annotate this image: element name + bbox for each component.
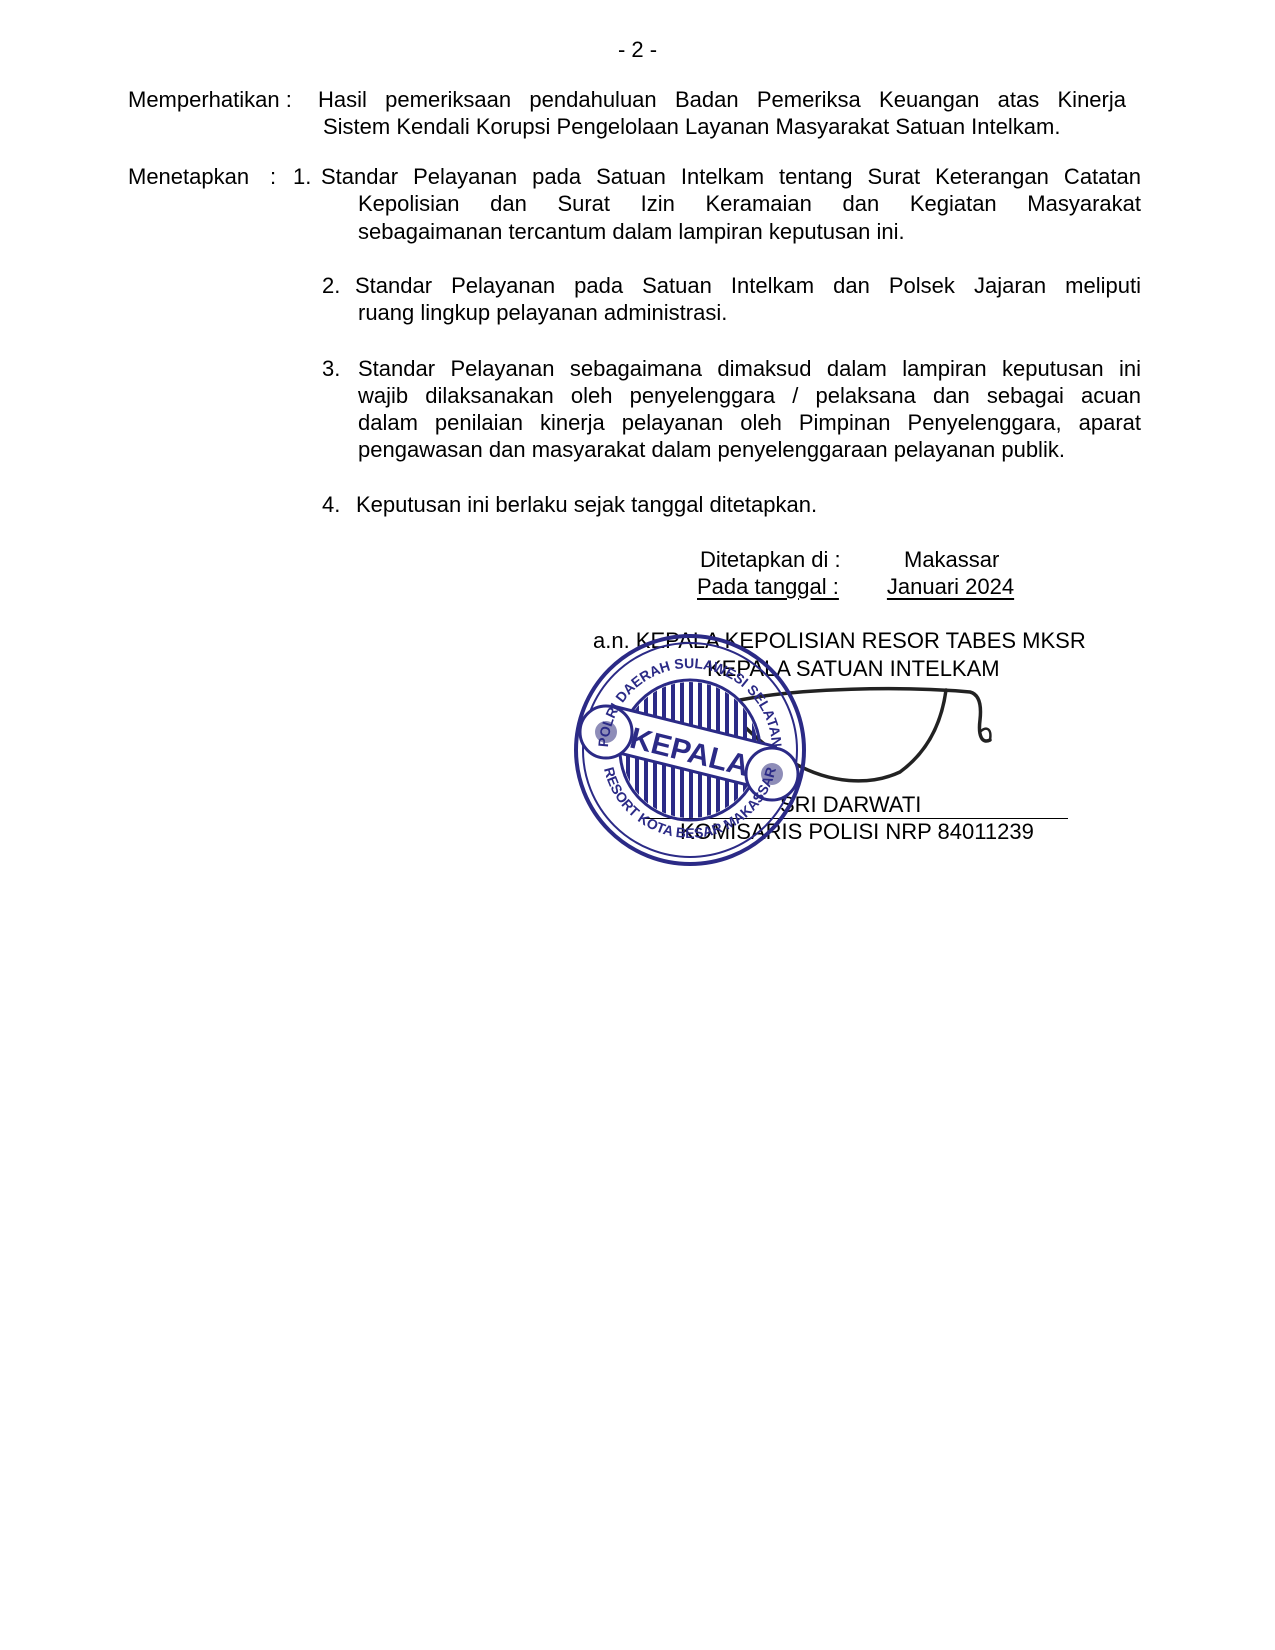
menetapkan-label: Menetapkan [128, 163, 249, 190]
page-number: - 2 - [0, 36, 1275, 63]
item-1-number: 1. [293, 163, 311, 190]
item-1-line-3: sebagaimanan tercantum dalam lampiran ke… [358, 218, 905, 245]
item-3-line-1: Standar Pelayanan sebagaimana dimaksud d… [358, 355, 1141, 382]
memperhatikan-line-2: Sistem Kendali Korupsi Pengelolaan Layan… [323, 113, 1060, 140]
item-4-line-1: Keputusan ini berlaku sejak tanggal dite… [356, 491, 817, 518]
item-3-line-4: pengawasan dan masyarakat dalam penyelen… [358, 436, 1065, 463]
item-3-number: 3. [322, 355, 340, 382]
place-label: Ditetapkan di : [700, 546, 841, 573]
item-2-number: 2. [322, 272, 340, 299]
date-label: Pada tanggal : [697, 574, 839, 599]
date-value: Januari 2024 [887, 574, 1014, 599]
memperhatikan-label: Memperhatikan : [128, 86, 292, 113]
item-2-line-2: ruang lingkup pelayanan administrasi. [358, 299, 727, 326]
memperhatikan-line-1: Hasil pemeriksaan pendahuluan Badan Peme… [318, 86, 1126, 113]
item-3-line-2: wajib dilaksanakan oleh penyelenggara / … [358, 382, 1141, 409]
item-1-line-2: Kepolisian dan Surat Izin Keramaian dan … [358, 190, 1141, 217]
item-2-line-1: Standar Pelayanan pada Satuan Intelkam d… [355, 272, 1141, 299]
official-stamp: KEPALA POLRI DAERAH SULAWESI SELATAN RES… [572, 632, 808, 868]
place-value: Makassar [904, 546, 999, 573]
menetapkan-colon: : [270, 163, 276, 190]
date-row: Pada tanggal :Januari 2024 [697, 573, 1038, 600]
item-1-line-1: Standar Pelayanan pada Satuan Intelkam t… [321, 163, 1141, 190]
item-4-number: 4. [322, 491, 340, 518]
item-3-line-3: dalam penilaian kinerja pelayanan oleh P… [358, 409, 1141, 436]
